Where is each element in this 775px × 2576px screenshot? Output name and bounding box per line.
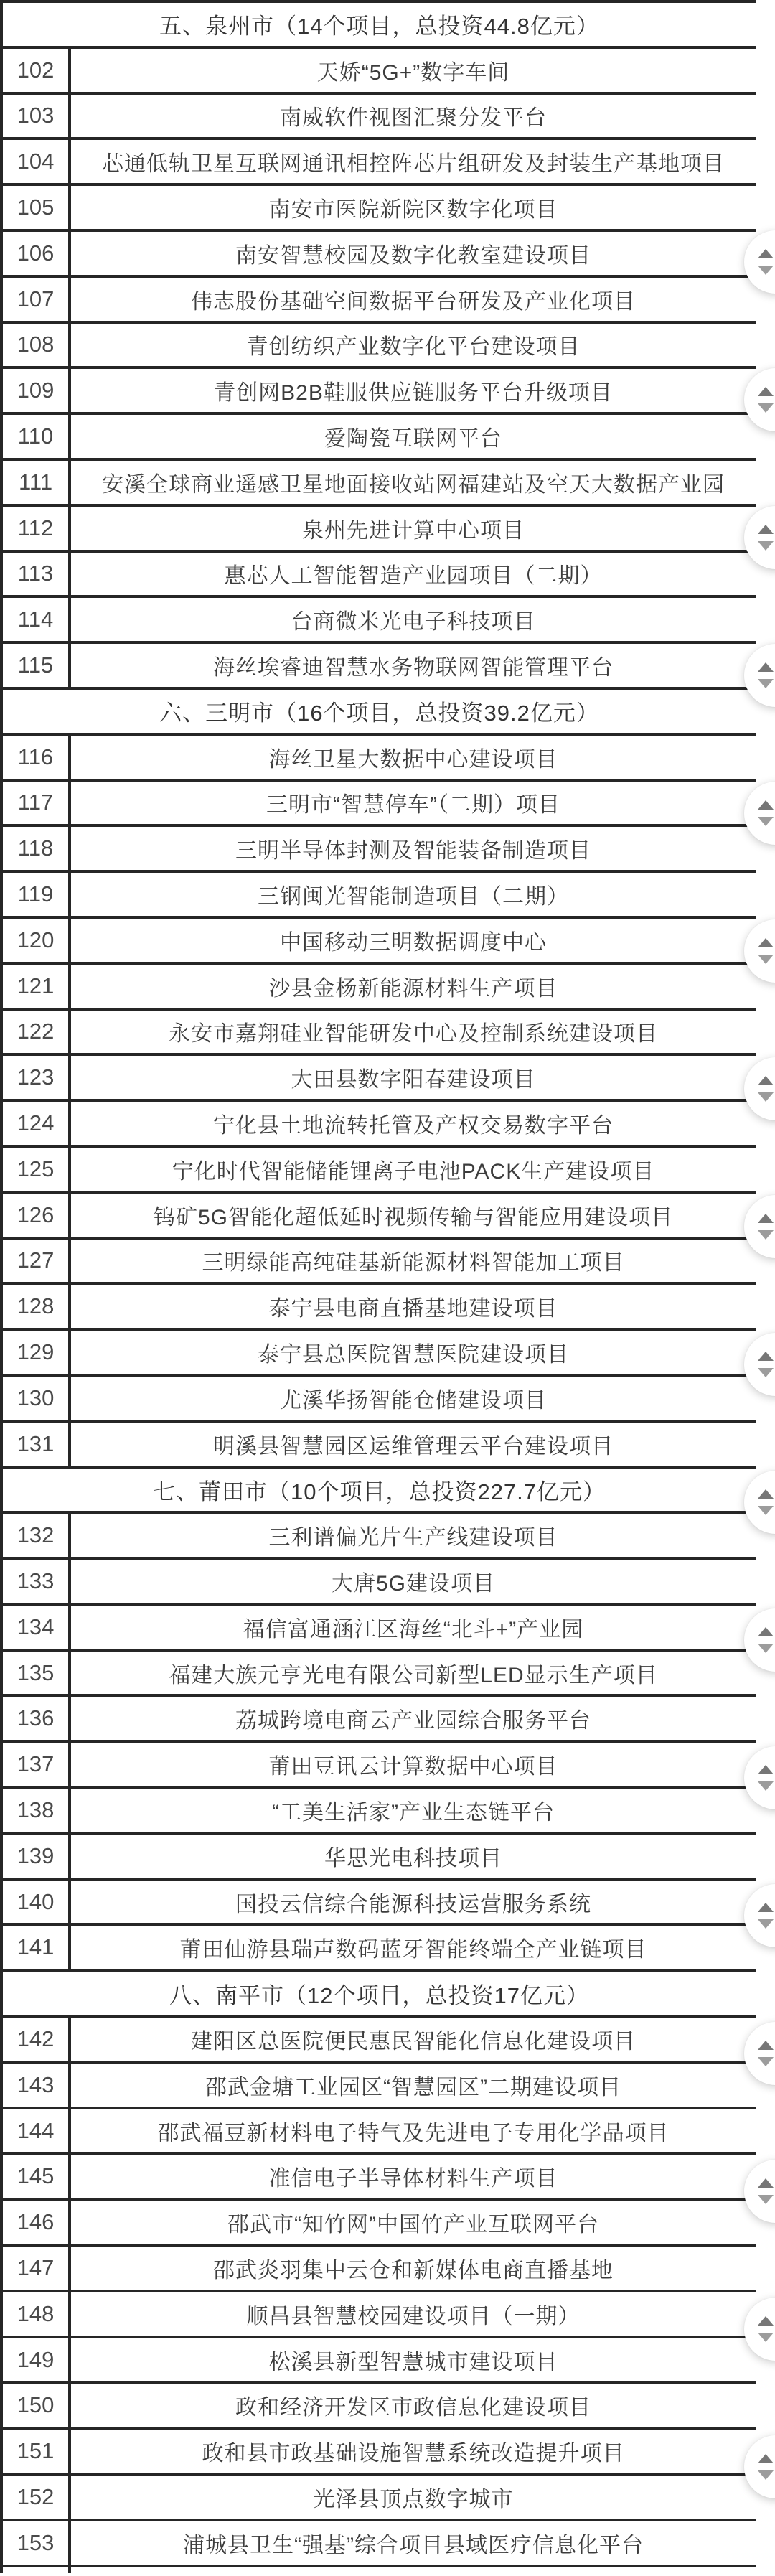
scroll-down-icon[interactable] xyxy=(758,2470,774,2480)
project-name: 大唐5G建设项目 xyxy=(71,1560,756,1603)
table-row: 145准信电子半导体材料生产项目 xyxy=(3,2152,756,2198)
row-number: 138 xyxy=(3,1789,71,1832)
project-name: 三钢闽光智能制造项目（二期） xyxy=(71,873,756,916)
project-name: 准信电子半导体材料生产项目 xyxy=(71,2155,756,2198)
table-row: 140国投云信综合能源科技运营服务系统 xyxy=(3,1878,756,1924)
scroll-down-icon[interactable] xyxy=(758,2057,774,2066)
table-row: 150政和经济开发区市政信息化建设项目 xyxy=(3,2381,756,2427)
table-row: 133大唐5G建设项目 xyxy=(3,1557,756,1603)
table-row: 117三明市“智慧停车”（二期）项目 xyxy=(3,779,756,825)
row-number: 152 xyxy=(3,2476,71,2519)
row-number: 103 xyxy=(3,95,71,138)
project-name: 顺昌县智慧校园建设项目（一期） xyxy=(71,2292,756,2336)
project-name: 尤溪华扬智能仓储建设项目 xyxy=(71,1377,756,1420)
project-name: 政和县市政基础设施智慧系统改造提升项目 xyxy=(71,2430,756,2473)
row-number: 125 xyxy=(3,1148,71,1191)
table-row: 116海丝卫星大数据中心建设项目 xyxy=(3,733,756,779)
project-name: 浦城县卫生“强基”综合项目县域医疗信息化平台 xyxy=(71,2521,756,2565)
section-header-row: 八、南平市（12个项目，总投资17亿元） xyxy=(3,1969,756,2015)
table-row: 139华思光电科技项目 xyxy=(3,1832,756,1878)
table-row: 123大田县数字阳春建设项目 xyxy=(3,1053,756,1099)
table-row: 106南安智慧校园及数字化教室建设项目 xyxy=(3,229,756,275)
row-number: 104 xyxy=(3,140,71,183)
project-name: 宁化县土地流转托管及产权交易数字平台 xyxy=(71,1102,756,1145)
project-name: 荔城跨境电商云产业园综合服务平台 xyxy=(71,1697,756,1740)
table-row: 131明溪县智慧园区运维管理云平台建设项目 xyxy=(3,1420,756,1466)
table-row: 105南安市医院新院区数字化项目 xyxy=(3,183,756,229)
scroll-down-icon[interactable] xyxy=(758,679,774,688)
row-number: 124 xyxy=(3,1102,71,1145)
project-name: 建阳区总医院便民惠民智能化信息化建设项目 xyxy=(71,2018,756,2061)
table-row: 146邵武市“知竹网”中国竹产业互联网平台 xyxy=(3,2198,756,2244)
scroll-down-icon[interactable] xyxy=(758,1230,774,1240)
table-row: 148顺昌县智慧校园建设项目（一期） xyxy=(3,2290,756,2336)
project-name: 青创网B2B鞋服供应链服务平台升级项目 xyxy=(71,369,756,412)
section-header: 六、三明市（16个项目，总投资39.2亿元） xyxy=(3,690,756,733)
project-name: 泰宁县总医院智慧医院建设项目 xyxy=(71,1331,756,1374)
row-number: 131 xyxy=(3,1423,71,1466)
table-row: 126钨矿5G智能化超低延时视频传输与智能应用建设项目 xyxy=(3,1191,756,1237)
scroll-down-icon[interactable] xyxy=(758,541,774,551)
section-header: 八、南平市（12个项目，总投资17亿元） xyxy=(3,1972,756,2015)
scroll-up-icon[interactable] xyxy=(758,1076,774,1085)
row-number: 134 xyxy=(3,1606,71,1649)
row-number: 116 xyxy=(3,736,71,779)
table-row: 134福信富通涵江区海丝“北斗+”产业园 xyxy=(3,1603,756,1649)
row-number: 147 xyxy=(3,2247,71,2290)
row-number: 112 xyxy=(3,507,71,550)
row-number: 149 xyxy=(3,2338,71,2381)
table-row: 125宁化时代智能储能锂离子电池PACK生产建设项目 xyxy=(3,1145,756,1191)
row-number: 126 xyxy=(3,1194,71,1237)
project-name: 华思光电科技项目 xyxy=(71,1835,756,1878)
row-number: 122 xyxy=(3,1011,71,1054)
table-row: 111安溪全球商业遥感卫星地面接收站网福建站及空天大数据产业园 xyxy=(3,458,756,504)
project-name: 惠芯人工智能智造产业园项目（二期） xyxy=(71,553,756,596)
scroll-up-icon[interactable] xyxy=(758,938,774,947)
table-row: 143邵武金塘工业园区“智慧园区”二期建设项目 xyxy=(3,2061,756,2107)
row-number: 114 xyxy=(3,598,71,641)
scroll-up-icon[interactable] xyxy=(758,2454,774,2463)
project-name: 邵武市“知竹网”中国竹产业互联网平台 xyxy=(71,2201,756,2244)
scroll-down-icon[interactable] xyxy=(758,1919,774,1929)
project-name: 宁化时代智能储能锂离子电池PACK生产建设项目 xyxy=(71,1148,756,1191)
table-row: 110爱陶瓷互联网平台 xyxy=(3,412,756,458)
row-number: 108 xyxy=(3,324,71,367)
scroll-up-icon[interactable] xyxy=(758,1214,774,1223)
scroll-up-icon[interactable] xyxy=(758,387,774,396)
table-row: 147邵武炎羽集中云仓和新媒体电商直播基地 xyxy=(3,2244,756,2290)
table-row-partial xyxy=(3,2565,756,2573)
section-header-row: 五、泉州市（14个项目，总投资44.8亿元） xyxy=(3,0,756,46)
table-row: 128泰宁县电商直播基地建设项目 xyxy=(3,1282,756,1328)
table-row: 129泰宁县总医院智慧医院建设项目 xyxy=(3,1328,756,1374)
project-name: 钨矿5G智能化超低延时视频传输与智能应用建设项目 xyxy=(71,1194,756,1237)
table-row: 122永安市嘉翔硅业智能研发中心及控制系统建设项目 xyxy=(3,1008,756,1054)
table-row: 144邵武福豆新材料电子特气及先进电子专用化学品项目 xyxy=(3,2107,756,2153)
table-row: 109青创网B2B鞋服供应链服务平台升级项目 xyxy=(3,366,756,412)
row-number: 151 xyxy=(3,2430,71,2473)
row-number: 121 xyxy=(3,965,71,1008)
row-number: 139 xyxy=(3,1835,71,1878)
scroll-up-icon[interactable] xyxy=(758,249,774,258)
project-name: 三利谱偏光片生产线建设项目 xyxy=(71,1514,756,1557)
project-name: 中国移动三明数据调度中心 xyxy=(71,919,756,962)
project-name: 天娇“5G+”数字车间 xyxy=(71,49,756,92)
project-name: 安溪全球商业遥感卫星地面接收站网福建站及空天大数据产业园 xyxy=(71,461,756,504)
project-name: 海丝卫星大数据中心建设项目 xyxy=(71,736,756,779)
scroll-down-icon[interactable] xyxy=(758,403,774,413)
scroll-down-icon[interactable] xyxy=(758,1368,774,1377)
scroll-up-icon[interactable] xyxy=(758,525,774,534)
section-header-row: 六、三明市（16个项目，总投资39.2亿元） xyxy=(3,687,756,733)
row-number: 130 xyxy=(3,1377,71,1420)
project-name xyxy=(71,2567,756,2573)
project-name: 泉州先进计算中心项目 xyxy=(71,507,756,550)
project-name: 南安市医院新院区数字化项目 xyxy=(71,186,756,229)
project-name: 明溪县智慧园区运维管理云平台建设项目 xyxy=(71,1423,756,1466)
scroll-up-icon[interactable] xyxy=(758,2178,774,2188)
row-number: 140 xyxy=(3,1881,71,1924)
row-number: 106 xyxy=(3,232,71,275)
table-row: 153浦城县卫生“强基”综合项目县域医疗信息化平台 xyxy=(3,2519,756,2565)
row-number: 111 xyxy=(3,461,71,504)
table-row: 118三明半导体封测及智能装备制造项目 xyxy=(3,824,756,870)
project-name: 政和经济开发区市政信息化建设项目 xyxy=(71,2384,756,2427)
row-number: 135 xyxy=(3,1652,71,1695)
project-name: 青创纺织产业数字化平台建设项目 xyxy=(71,324,756,367)
scroll-up-icon[interactable] xyxy=(758,1903,774,1912)
project-name: 伟志股份基础空间数据平台研发及产业化项目 xyxy=(71,278,756,321)
row-number: 148 xyxy=(3,2292,71,2336)
project-name: 永安市嘉翔硅业智能研发中心及控制系统建设项目 xyxy=(71,1011,756,1054)
table-row: 138“工美生活家”产业生态链平台 xyxy=(3,1786,756,1832)
row-number: 127 xyxy=(3,1240,71,1283)
table-row: 119三钢闽光智能制造项目（二期） xyxy=(3,870,756,916)
table-row: 114台商微米光电子科技项目 xyxy=(3,595,756,641)
row-number: 133 xyxy=(3,1560,71,1603)
scroll-down-icon[interactable] xyxy=(758,1644,774,1653)
scroll-down-icon[interactable] xyxy=(758,955,774,964)
project-name: “工美生活家”产业生态链平台 xyxy=(71,1789,756,1832)
scroll-up-icon[interactable] xyxy=(758,2316,774,2326)
table-row: 103南威软件视图汇聚分发平台 xyxy=(3,92,756,138)
row-number: 141 xyxy=(3,1926,71,1969)
table-row: 112泉州先进计算中心项目 xyxy=(3,504,756,550)
table-row: 142建阳区总医院便民惠民智能化信息化建设项目 xyxy=(3,2015,756,2061)
row-number xyxy=(3,2567,71,2573)
project-name: 三明绿能高纯硅基新能源材料智能加工项目 xyxy=(71,1240,756,1283)
project-name: 福建大族元亨光电有限公司新型LED显示生产项目 xyxy=(71,1652,756,1695)
scroll-up-icon[interactable] xyxy=(758,1627,774,1636)
table-row: 141莆田仙游县瑞声数码蓝牙智能终端全产业链项目 xyxy=(3,1923,756,1969)
project-name: 三明半导体封测及智能装备制造项目 xyxy=(71,827,756,870)
row-number: 153 xyxy=(3,2521,71,2565)
row-number: 136 xyxy=(3,1697,71,1740)
project-name: 南威软件视图汇聚分发平台 xyxy=(71,95,756,138)
scroll-up-icon[interactable] xyxy=(758,1489,774,1499)
table-row: 149松溪县新型智慧城市建设项目 xyxy=(3,2336,756,2381)
table-row: 151政和县市政基础设施智慧系统改造提升项目 xyxy=(3,2427,756,2473)
table-row: 113惠芯人工智能智造产业园项目（二期） xyxy=(3,550,756,596)
row-number: 118 xyxy=(3,827,71,870)
projects-table: 五、泉州市（14个项目，总投资44.8亿元）102天娇“5G+”数字车间103南… xyxy=(0,0,756,2573)
scroll-up-icon[interactable] xyxy=(758,1765,774,1774)
row-number: 144 xyxy=(3,2109,71,2153)
row-number: 117 xyxy=(3,782,71,825)
project-name: 沙县金杨新能源材料生产项目 xyxy=(71,965,756,1008)
table-row: 107伟志股份基础空间数据平台研发及产业化项目 xyxy=(3,275,756,321)
table-row: 102天娇“5G+”数字车间 xyxy=(3,46,756,92)
row-number: 110 xyxy=(3,415,71,458)
table-row: 108青创纺织产业数字化平台建设项目 xyxy=(3,321,756,367)
table-row: 124宁化县土地流转托管及产权交易数字平台 xyxy=(3,1099,756,1145)
scroll-down-icon[interactable] xyxy=(758,817,774,826)
section-header: 七、莆田市（10个项目，总投资227.7亿元） xyxy=(3,1469,756,1512)
row-number: 107 xyxy=(3,278,71,321)
document-screenshot: 五、泉州市（14个项目，总投资44.8亿元）102天娇“5G+”数字车间103南… xyxy=(0,0,775,2576)
scroll-down-icon[interactable] xyxy=(758,1781,774,1791)
project-name: 邵武炎羽集中云仓和新媒体电商直播基地 xyxy=(71,2247,756,2290)
scroll-down-icon[interactable] xyxy=(758,2195,774,2204)
project-name: 邵武金塘工业园区“智慧园区”二期建设项目 xyxy=(71,2064,756,2107)
project-name: 大田县数字阳春建设项目 xyxy=(71,1056,756,1099)
row-number: 115 xyxy=(3,644,71,687)
row-number: 145 xyxy=(3,2155,71,2198)
row-number: 120 xyxy=(3,919,71,962)
table-row: 115海丝埃睿迪智慧水务物联网智能管理平台 xyxy=(3,641,756,687)
scroll-up-icon[interactable] xyxy=(758,800,774,810)
project-name: 台商微米光电子科技项目 xyxy=(71,598,756,641)
table-row: 132三利谱偏光片生产线建设项目 xyxy=(3,1511,756,1557)
row-number: 109 xyxy=(3,369,71,412)
section-header-row: 七、莆田市（10个项目，总投资227.7亿元） xyxy=(3,1466,756,1512)
row-number: 146 xyxy=(3,2201,71,2244)
table-row: 152光泽县顶点数字城市 xyxy=(3,2473,756,2519)
scroll-down-icon[interactable] xyxy=(758,1506,774,1515)
project-name: 莆田豆讯云计算数据中心项目 xyxy=(71,1743,756,1786)
scroll-down-icon[interactable] xyxy=(758,2333,774,2342)
row-number: 132 xyxy=(3,1514,71,1557)
project-name: 爱陶瓷互联网平台 xyxy=(71,415,756,458)
table-row: 120中国移动三明数据调度中心 xyxy=(3,916,756,962)
scroll-up-icon[interactable] xyxy=(758,1352,774,1361)
row-number: 129 xyxy=(3,1331,71,1374)
scroll-up-icon[interactable] xyxy=(758,662,774,672)
table-row: 130尤溪华扬智能仓储建设项目 xyxy=(3,1374,756,1420)
scroll-up-icon[interactable] xyxy=(758,2041,774,2050)
project-name: 南安智慧校园及数字化教室建设项目 xyxy=(71,232,756,275)
project-name: 松溪县新型智慧城市建设项目 xyxy=(71,2338,756,2381)
row-number: 102 xyxy=(3,49,71,92)
row-number: 137 xyxy=(3,1743,71,1786)
project-name: 三明市“智慧停车”（二期）项目 xyxy=(71,782,756,825)
row-number: 123 xyxy=(3,1056,71,1099)
scroll-down-icon[interactable] xyxy=(758,1092,774,1102)
project-name: 海丝埃睿迪智慧水务物联网智能管理平台 xyxy=(71,644,756,687)
project-name: 邵武福豆新材料电子特气及先进电子专用化学品项目 xyxy=(71,2109,756,2153)
table-row: 104芯通低轨卫星互联网通讯相控阵芯片组研发及封装生产基地项目 xyxy=(3,137,756,183)
row-number: 150 xyxy=(3,2384,71,2427)
scroll-down-icon[interactable] xyxy=(758,266,774,275)
project-name: 芯通低轨卫星互联网通讯相控阵芯片组研发及封装生产基地项目 xyxy=(71,140,756,183)
project-name: 泰宁县电商直播基地建设项目 xyxy=(71,1285,756,1328)
table-row: 121沙县金杨新能源材料生产项目 xyxy=(3,962,756,1008)
table-row: 135福建大族元亨光电有限公司新型LED显示生产项目 xyxy=(3,1649,756,1695)
row-number: 143 xyxy=(3,2064,71,2107)
row-number: 142 xyxy=(3,2018,71,2061)
table-row: 136荔城跨境电商云产业园综合服务平台 xyxy=(3,1694,756,1740)
project-name: 福信富通涵江区海丝“北斗+”产业园 xyxy=(71,1606,756,1649)
table-row: 127三明绿能高纯硅基新能源材料智能加工项目 xyxy=(3,1237,756,1283)
table-row: 137莆田豆讯云计算数据中心项目 xyxy=(3,1740,756,1786)
project-name: 莆田仙游县瑞声数码蓝牙智能终端全产业链项目 xyxy=(71,1926,756,1969)
row-number: 128 xyxy=(3,1285,71,1328)
row-number: 105 xyxy=(3,186,71,229)
project-name: 光泽县顶点数字城市 xyxy=(71,2476,756,2519)
section-header: 五、泉州市（14个项目，总投资44.8亿元） xyxy=(3,3,756,46)
row-number: 119 xyxy=(3,873,71,916)
row-number: 113 xyxy=(3,553,71,596)
project-name: 国投云信综合能源科技运营服务系统 xyxy=(71,1881,756,1924)
